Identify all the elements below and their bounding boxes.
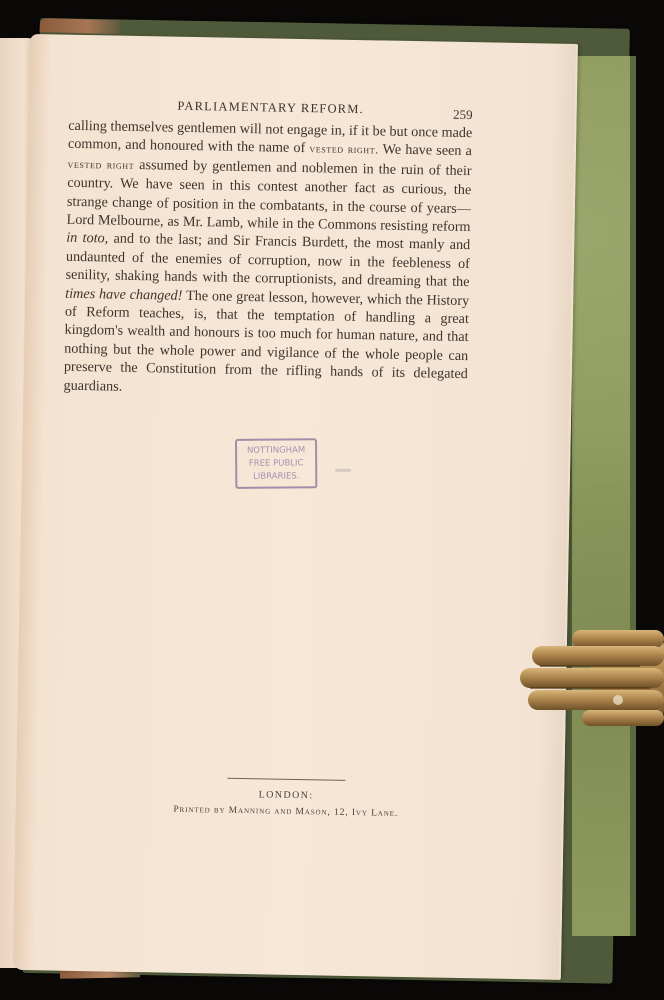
stamp-line: FREE PUBLIC <box>237 457 315 471</box>
italic-phrase: times have changed! <box>65 285 182 303</box>
body-text-segment: We have seen a <box>379 142 473 160</box>
body-text-segment: , and to the last; and Sir Francis Burde… <box>65 231 470 291</box>
imprint-printer: Printed by Manning and Mason, 12, Ivy La… <box>156 804 416 819</box>
green-endpaper <box>572 56 636 936</box>
body-text-segment: The one great lesson, however, which the… <box>63 287 469 394</box>
small-caps-phrase: vested right <box>68 159 135 172</box>
brass-hand-page-holder <box>520 628 664 728</box>
body-paragraph: calling themselves gentlemen will not en… <box>63 117 472 402</box>
leather-corner-top <box>40 18 120 34</box>
page-content: PARLIAMENTARY REFORM. 259 calling themse… <box>63 97 472 402</box>
imprint-rule <box>227 778 345 781</box>
printer-imprint: LONDON: Printed by Manning and Mason, 12… <box>156 776 417 819</box>
library-stamp: NOTTINGHAM FREE PUBLIC LIBRARIES. <box>235 438 317 489</box>
page-number: 259 <box>453 107 473 123</box>
stamp-line: NOTTINGHAM <box>237 444 315 458</box>
imprint-city: LONDON: <box>156 787 416 803</box>
book-page: PARLIAMENTARY REFORM. 259 calling themse… <box>13 34 578 980</box>
small-caps-phrase: vested right. <box>309 144 378 157</box>
ink-smudge <box>335 469 351 472</box>
stamp-line: LIBRARIES. <box>237 470 315 484</box>
italic-phrase: in toto <box>66 230 105 247</box>
running-head-title: PARLIAMENTARY REFORM. <box>177 99 364 117</box>
